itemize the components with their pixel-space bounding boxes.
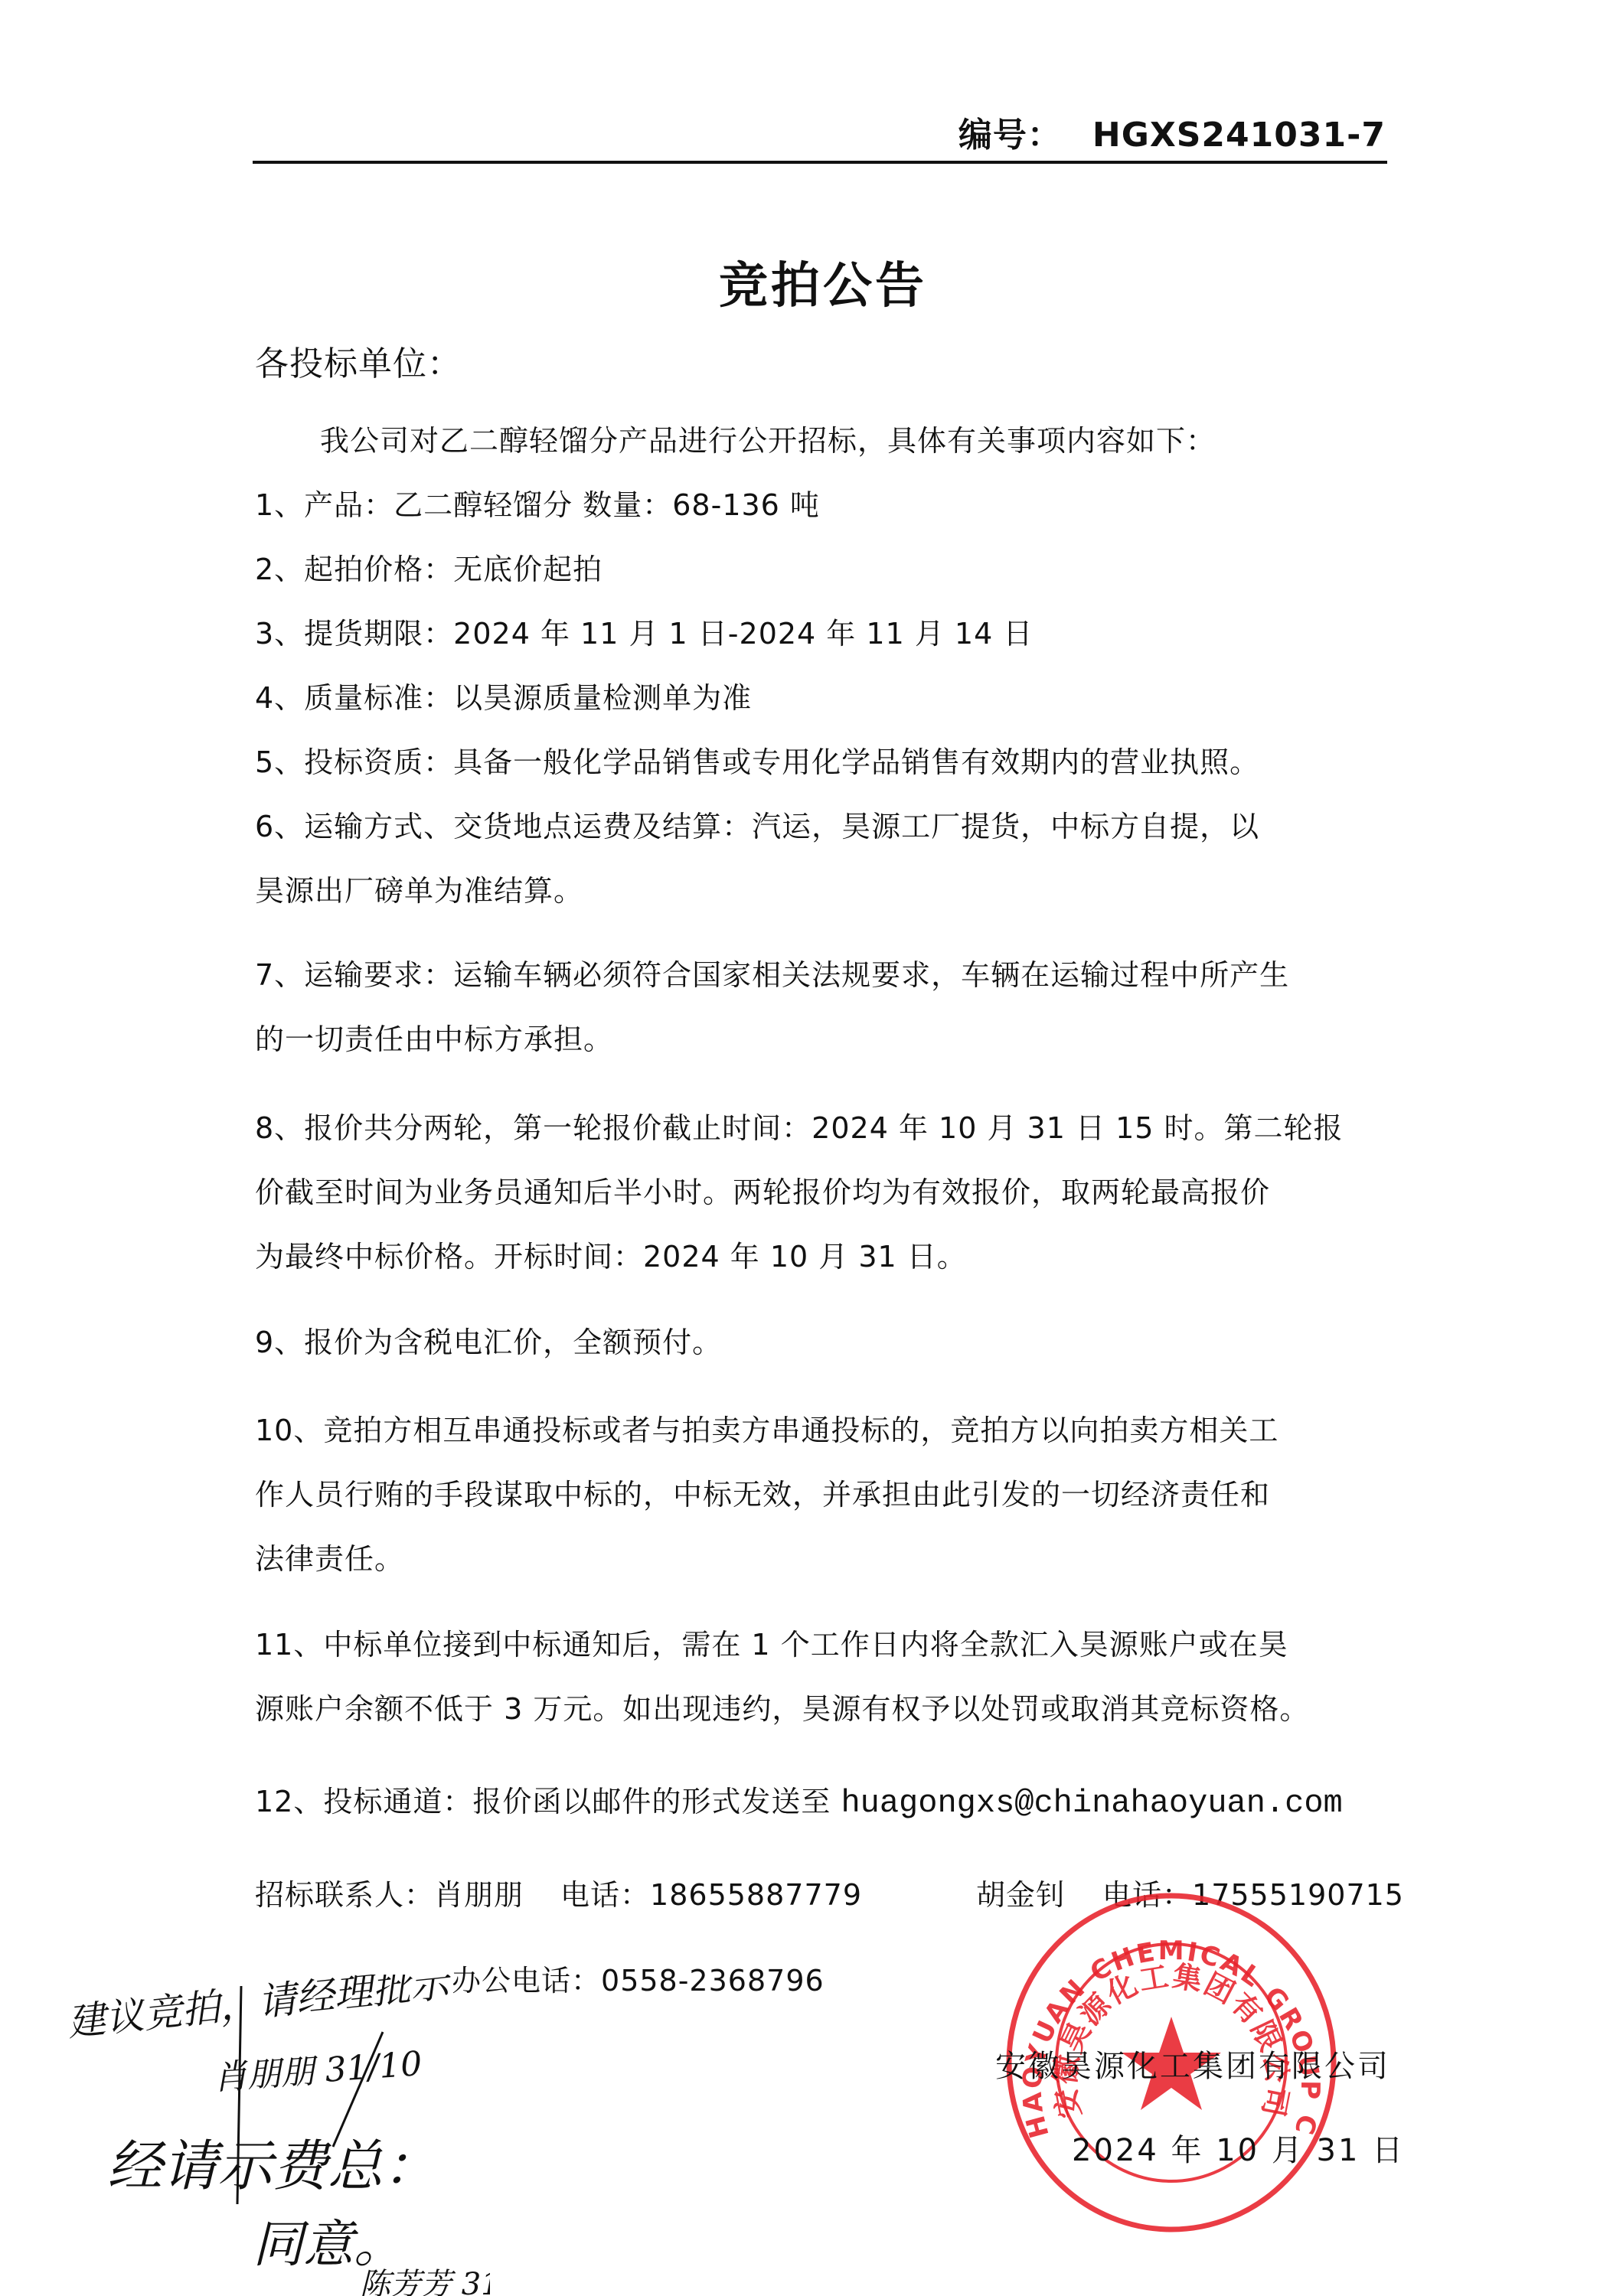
item-8-quotation-line2: 价截至时间为业务员通知后半小时。两轮报价均为有效报价，取两轮最高报价 [255,1174,1270,1211]
handwritten-line-5: 陈芳芳 31/ [360,2267,490,2296]
item-10-collusion-line1: 10、竞拍方相互串通投标或者与拍卖方串通投标的，竞拍方以向拍卖方相关工 [255,1412,1278,1449]
signature-company: 安徽昊源化工集团有限公司 [995,2048,1390,2085]
item-3-pickup-period: 3、提货期限：2024 年 11 月 1 日-2024 年 11 月 14 日 [255,615,1033,652]
handwritten-line-1: 建议竞拍，请经理批示 [65,1975,454,2045]
handwritten-line-2: 肖朋朋 31/10 [212,2044,423,2098]
item-6-transport-line2: 昊源出厂磅单为准结算。 [255,872,583,909]
handwritten-approval-note: 建议竞拍，请经理批示 肖朋朋 31/10 经请示费总： 同意。 陈芳芳 31/ [61,1975,490,2296]
page-title: 竞拍公告 [0,246,1623,317]
office-phone-value: 0558-2368796 [601,1964,825,1998]
item-11-winner-line2: 源账户余额不低于 3 万元。如出现违约，昊源有权予以处罚或取消其竞标资格。 [255,1691,1309,1727]
item-11-winner-line1: 11、中标单位接到中标通知后，需在 1 个工作日内将全款汇入昊源账户或在昊 [255,1626,1288,1663]
item-7-requirements-line1: 7、运输要求：运输车辆必须符合国家相关法规要求，车辆在运输过程中所产生 [255,957,1289,993]
office-phone: 办公电话：0558-2368796 [452,1962,825,1999]
contact-1-phone: 18655887779 [650,1878,862,1912]
contact-1-name: 肖朋朋 [434,1878,524,1912]
contact-1-phone-label: 电话： [560,1878,650,1912]
item-8-quotation-line1: 8、报价共分两轮，第一轮报价截止时间：2024 年 10 月 31 日 15 时… [255,1110,1344,1146]
item-8-quotation-line3: 为最终中标价格。开标时间：2024 年 10 月 31 日。 [255,1238,967,1275]
document-number-value: HGXS241031-7 [1092,116,1386,155]
item-9-payment: 9、报价为含税电汇价，全额预付。 [255,1324,722,1361]
item-10-collusion-line3: 法律责任。 [255,1541,404,1577]
item-12-channel-text: 12、投标通道：报价函以邮件的形式发送至 [255,1785,841,1818]
item-7-requirements-line2: 的一切责任由中标方承担。 [255,1021,613,1058]
item-4-quality-standard: 4、质量标准：以昊源质量检测单为准 [255,680,752,716]
document-number-label: 编号： [958,116,1062,155]
item-10-collusion-line2: 作人员行贿的手段谋取中标的，中标无效，并承担由此引发的一切经济责任和 [255,1476,1270,1513]
salutation: 各投标单位： [255,346,462,383]
intro-paragraph: 我公司对乙二醇轻馏分产品进行公开招标，具体有关事项内容如下： [320,422,1216,459]
handwritten-line-3: 经请示费总： [107,2134,438,2198]
item-6-transport-line1: 6、运输方式、交货地点运费及结算：汽运，昊源工厂提货，中标方自提，以 [255,808,1259,845]
contact-row-1: 招标联系人：肖朋朋电话：18655887779 [255,1877,862,1913]
handwritten-line-4: 同意。 [253,2215,404,2274]
bid-email-link[interactable]: huagongxs@chinahaoyuan.com [841,1785,1342,1821]
item-1-product: 1、产品：乙二醇轻馏分 数量：68-136 吨 [255,487,820,523]
signature-date: 2024 年 10 月 31 日 [1072,2132,1405,2169]
contact-label: 招标联系人： [255,1878,434,1912]
item-2-start-price: 2、起拍价格：无底价起拍 [255,551,603,588]
item-5-qualification: 5、投标资质：具备一般化学品销售或专用化学品销售有效期内的营业执照。 [255,744,1259,781]
item-12-channel: 12、投标通道：报价函以邮件的形式发送至 huagongxs@chinahaoy… [255,1783,1343,1821]
document-number: 编号：HGXS241031-7 [958,107,1386,156]
header-rule [253,161,1387,164]
